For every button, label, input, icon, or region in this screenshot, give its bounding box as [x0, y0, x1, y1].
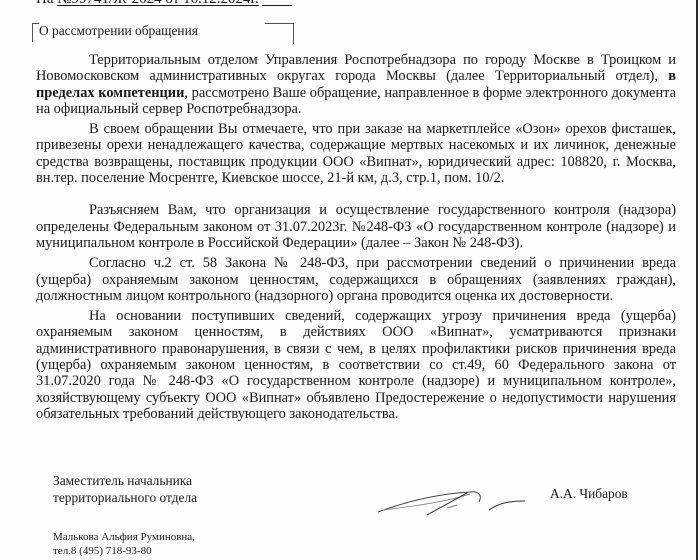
- signatory-title: Заместитель начальника территориального …: [53, 472, 197, 506]
- paragraph-law-reference: Согласно ч.2 ст. 58 Закона № 248-ФЗ, при…: [36, 255, 676, 304]
- page-edge-border: [696, 0, 698, 560]
- reference-prefix: На: [36, 0, 54, 7]
- letter-body: Территориальным отделом Управления Роспо…: [36, 52, 676, 422]
- handwritten-signature-icon: [375, 480, 535, 520]
- reference-line: На №99741/Ж-2024 от 16.12.2024г.: [36, 0, 292, 8]
- signatory-title-line: Заместитель начальника: [53, 472, 197, 489]
- paragraph-complaint: В своем обращении Вы отмечаете, что при …: [36, 121, 676, 186]
- reference-underline: [262, 0, 292, 6]
- paragraph-explanation: Разъясняем Вам, что организация и осущес…: [36, 202, 676, 251]
- subject-line: О рассмотрении обращения: [39, 23, 198, 39]
- paragraph-intro: Территориальным отделом Управления Роспо…: [36, 52, 676, 117]
- paragraph-text: Территориальным отделом Управления Роспо…: [36, 52, 676, 84]
- executor-phone: тел.8 (495) 718-93-80: [53, 544, 195, 558]
- paragraph-decision: На основании поступивших сведений, содер…: [36, 308, 676, 422]
- subject-bracket-left: [32, 23, 39, 42]
- reference-number: №99741/Ж-2024 от 16.12.2024г.: [57, 0, 258, 7]
- executor-contact: Малькова Альфия Руминовна, тел.8 (495) 7…: [53, 530, 195, 558]
- subject-bracket-right: [265, 23, 294, 44]
- executor-name: Малькова Альфия Руминовна,: [53, 530, 195, 544]
- signatory-title-line: территориального отдела: [53, 489, 197, 506]
- signatory-name: А.А. Чибаров: [550, 486, 628, 502]
